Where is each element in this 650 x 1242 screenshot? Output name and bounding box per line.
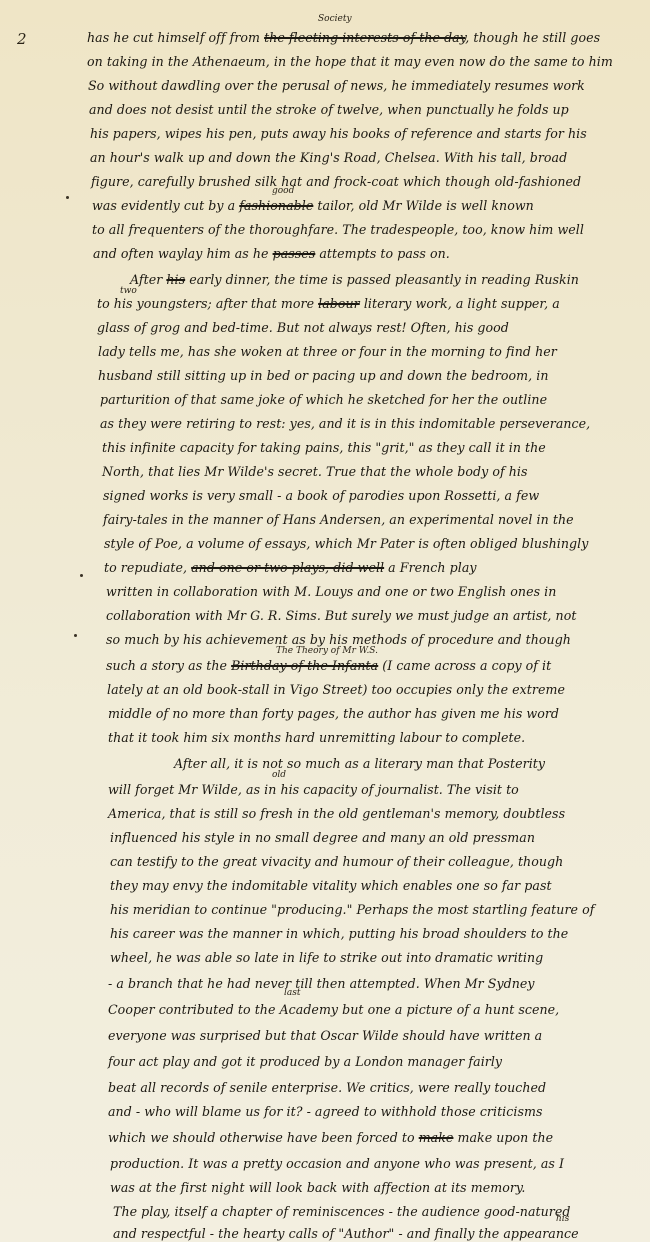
struck-text: his [166,272,185,287]
manuscript-line: collaboration with Mr G. R. Sims. But su… [106,608,576,624]
manuscript-line: America, that is still so fresh in the o… [108,806,565,822]
margin-mark [74,634,77,637]
manuscript-line: to all frequenters of the thoroughfare. … [92,222,584,238]
insertion-above: old [272,770,286,780]
manuscript-line: that it took him six months hard unremit… [108,730,525,746]
struck-text: passes [273,246,316,261]
manuscript-line: was at the first night will look back wi… [110,1180,525,1196]
insertion-above: good [272,186,294,196]
manuscript-line: lately at an old book-stall in Vigo Stre… [107,682,565,698]
manuscript-line: and often waylay him as he passes attemp… [93,246,450,262]
margin-mark [66,196,69,199]
struck-text: make [419,1130,454,1145]
manuscript-line: to repudiate, and one or two plays, did … [104,560,477,576]
insertion-above: his [556,1214,569,1224]
manuscript-line: wheel, he was able so late in life to st… [110,950,543,966]
manuscript-line: as they were retiring to rest: yes, and … [100,416,590,432]
struck-text: and one or two plays, did well [191,560,384,575]
manuscript-line: fairy-tales in the manner of Hans Anders… [103,512,574,528]
manuscript-line: influenced his style in no small degree … [110,830,535,846]
manuscript-line: and - who will blame us for it? - agreed… [108,1104,542,1120]
manuscript-line: and respectful - the hearty calls of "Au… [113,1226,579,1242]
manuscript-line: was evidently cut by a fashionable tailo… [92,198,534,214]
manuscript-line: North, that lies Mr Wilde's secret. True… [102,464,528,480]
struck-text: Birthday of the Infanta [231,658,378,673]
manuscript-line: which we should otherwise have been forc… [108,1130,553,1146]
manuscript-line: Cooper contributed to the Academy but on… [108,1002,559,1018]
manuscript-line: lady tells me, has she woken at three or… [98,344,557,360]
manuscript-line: will forget Mr Wilde, as in his capacity… [108,782,519,798]
manuscript-line: his papers, wipes his pen, puts away his… [90,126,587,142]
insertion-above: two [120,286,137,296]
struck-text: fashionable [239,198,313,213]
manuscript-line: his meridian to continue "producing." Pe… [110,902,594,918]
manuscript-line: and does not desist until the stroke of … [89,102,569,118]
manuscript-line: After all, it is not so much as a litera… [174,756,545,772]
manuscript-line: written in collaboration with M. Louys a… [106,584,556,600]
manuscript-line: his career was the manner in which, putt… [110,926,568,942]
struck-text: labour [318,296,360,311]
manuscript-line: After his early dinner, the time is pass… [130,272,579,288]
manuscript-line: everyone was surprised but that Oscar Wi… [108,1028,542,1044]
manuscript-line: four act play and got it produced by a L… [108,1054,502,1070]
manuscript-line: has he cut himself off from the fleeting… [87,30,600,46]
manuscript-line: to his youngsters; after that more labou… [97,296,560,312]
insertion-above: last [284,988,300,998]
manuscript-line: such a story as the Birthday of the Infa… [106,658,551,674]
manuscript-line: parturition of that same joke of which h… [100,392,547,408]
manuscript-line: So without dawdling over the perusal of … [88,78,585,94]
manuscript-line: this infinite capacity for taking pains,… [102,440,546,456]
manuscript-line: middle of no more than forty pages, the … [108,706,559,722]
manuscript-line: glass of grog and bed-time. But not alwa… [97,320,509,336]
manuscript-line: The play, itself a chapter of reminiscen… [113,1204,570,1220]
manuscript-page: 2 Society has he cut himself off from th… [0,0,650,1242]
manuscript-line: an hour's walk up and down the King's Ro… [90,150,567,166]
manuscript-line: they may envy the indomitable vitality w… [110,878,552,894]
margin-mark [80,574,83,577]
struck-text: the fleeting interests of the day [264,30,465,45]
manuscript-line: on taking in the Athenaeum, in the hope … [87,54,613,70]
manuscript-line: production. It was a pretty occasion and… [110,1156,564,1172]
page-number: 2 [17,30,27,48]
manuscript-line: signed works is very small - a book of p… [103,488,539,504]
insertion-above: Society [318,14,352,24]
manuscript-line: can testify to the great vivacity and hu… [110,854,563,870]
manuscript-line: husband still sitting up in bed or pacin… [98,368,549,384]
insertion-above: The Theory of Mr W.S. [276,646,378,656]
manuscript-line: - a branch that he had never till then a… [108,976,535,992]
manuscript-line: beat all records of senile enterprise. W… [108,1080,546,1096]
manuscript-line: figure, carefully brushed silk hat and f… [91,174,581,190]
manuscript-line: style of Poe, a volume of essays, which … [104,536,588,552]
